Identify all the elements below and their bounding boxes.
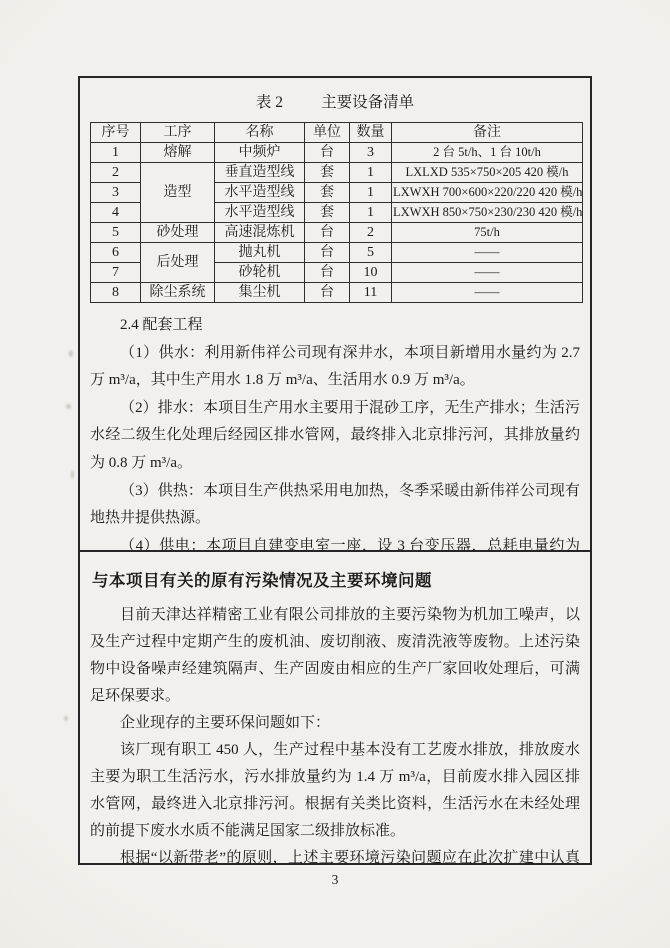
table-cell-unit: 套 — [305, 183, 350, 203]
col-header-remark: 备注 — [392, 123, 583, 143]
table-cell-process: 砂处理 — [141, 223, 215, 243]
paragraph-resolution: 根据“以新带老”的原则，上述主要环境污染问题应在此次扩建中认真解决，确保全厂废水… — [90, 845, 580, 863]
table-cell-unit: 台 — [305, 263, 350, 283]
table-cell-no: 6 — [91, 243, 141, 263]
equipment-table: 序号 工序 名称 单位 数量 备注 1 熔解 中频炉 台 3 2 台 5t/h、… — [90, 122, 583, 303]
table-cell-unit: 套 — [305, 203, 350, 223]
table-header-row: 序号 工序 名称 单位 数量 备注 — [91, 123, 583, 143]
page-number: 3 — [0, 872, 670, 888]
table-cell-process: 熔解 — [141, 143, 215, 163]
table-cell-unit: 台 — [305, 143, 350, 163]
table-cell-no: 2 — [91, 163, 141, 183]
table-cell-unit: 台 — [305, 223, 350, 243]
table-cell-name: 抛丸机 — [215, 243, 305, 263]
table-cell-process: 除尘系统 — [141, 283, 215, 303]
table-cell-qty: 1 — [350, 183, 392, 203]
scan-speckle — [71, 470, 74, 479]
table-cell-no: 1 — [91, 143, 141, 163]
table-cell-qty: 10 — [350, 263, 392, 283]
table-cell-remark: 2 台 5t/h、1 台 10t/h — [392, 143, 583, 163]
pollution-text: 目前天津达祥精密工业有限公司排放的主要污染物为机加工噪声，以及生产过程中定期产生… — [90, 602, 580, 863]
scanned-document-page: 表 2 主要设备清单 序号 工序 名称 单位 数量 备注 — [0, 0, 670, 948]
col-header-process: 工序 — [141, 123, 215, 143]
paragraph-heating: （3）供热：本项目生产供热采用电加热，冬季采暖由新伟祥公司现有地热井提供热源。 — [90, 478, 580, 533]
table-cell-remark: —— — [392, 263, 583, 283]
scan-speckle — [66, 404, 71, 409]
table-cell-remark: LXWXH 700×600×220/220 420 模/h — [392, 183, 583, 203]
table-cell-remark: —— — [392, 243, 583, 263]
scan-speckle — [69, 350, 73, 357]
table-cell-name: 水平造型线 — [215, 203, 305, 223]
table-cell-qty: 1 — [350, 163, 392, 183]
table-cell-name: 高速混炼机 — [215, 223, 305, 243]
table-caption: 表 2 主要设备清单 — [90, 92, 580, 114]
subsection-heading: 2.4 配套工程 — [90, 312, 580, 340]
table-row: 2 造型 垂直造型线 套 1 LXLXD 535×750×205 420 模/h — [91, 163, 583, 183]
table-row: 1 熔解 中频炉 台 3 2 台 5t/h、1 台 10t/h — [91, 143, 583, 163]
table-cell-name: 砂轮机 — [215, 263, 305, 283]
table-cell-no: 7 — [91, 263, 141, 283]
paragraph-wastewater: 该厂现有职工 450 人，生产过程中基本没有工艺废水排放，排放废水主要为职工生活… — [90, 737, 580, 845]
table-cell-name: 中频炉 — [215, 143, 305, 163]
table-cell-remark: —— — [392, 283, 583, 303]
scan-speckle — [64, 716, 68, 721]
paragraph-drainage: （2）排水：本项目生产用水主要用于混砂工序，无生产排水；生活污水经二级生化处理后… — [90, 395, 580, 478]
col-header-name: 名称 — [215, 123, 305, 143]
table-cell-no: 5 — [91, 223, 141, 243]
table-cell-qty: 1 — [350, 203, 392, 223]
table-cell-no: 8 — [91, 283, 141, 303]
section-existing-pollution: 与本项目有关的原有污染情况及主要环境问题 目前天津达祥精密工业有限公司排放的主要… — [80, 550, 590, 863]
table-cell-name: 集尘机 — [215, 283, 305, 303]
table-cell-name: 水平造型线 — [215, 183, 305, 203]
table-cell-remark: LXWXH 850×750×230/230 420 模/h — [392, 203, 583, 223]
table-row: 8 除尘系统 集尘机 台 11 —— — [91, 283, 583, 303]
table-cell-process: 后处理 — [141, 243, 215, 283]
col-header-unit: 单位 — [305, 123, 350, 143]
table-caption-title: 主要设备清单 — [321, 92, 414, 114]
supporting-works-text: 2.4 配套工程 （1）供水：利用新伟祥公司现有深井水，本项目新增用水量约为 2… — [90, 312, 580, 550]
paragraph-water-supply: （1）供水：利用新伟祥公司现有深井水，本项目新增用水量约为 2.7 万 m³/a… — [90, 340, 580, 395]
table-cell-remark: 75t/h — [392, 223, 583, 243]
table-cell-no: 4 — [91, 203, 141, 223]
table-cell-qty: 3 — [350, 143, 392, 163]
section-heading: 与本项目有关的原有污染情况及主要环境问题 — [92, 567, 580, 591]
table-cell-unit: 套 — [305, 163, 350, 183]
paragraph-power: （4）供电：本项目自建变电室一座，设 3 台变压器，总耗电量约为 10000KV… — [90, 533, 580, 550]
table-cell-process: 造型 — [141, 163, 215, 223]
paragraph-issues-intro: 企业现存的主要环保问题如下： — [90, 710, 580, 737]
table-cell-qty: 5 — [350, 243, 392, 263]
table-cell-qty: 2 — [350, 223, 392, 243]
table-cell-remark: LXLXD 535×750×205 420 模/h — [392, 163, 583, 183]
section-project-overview: 表 2 主要设备清单 序号 工序 名称 单位 数量 备注 — [80, 78, 590, 550]
col-header-qty: 数量 — [350, 123, 392, 143]
table-cell-name: 垂直造型线 — [215, 163, 305, 183]
page-border-frame: 表 2 主要设备清单 序号 工序 名称 单位 数量 备注 — [78, 76, 592, 865]
table-cell-unit: 台 — [305, 283, 350, 303]
paragraph-current-pollutants: 目前天津达祥精密工业有限公司排放的主要污染物为机加工噪声，以及生产过程中定期产生… — [90, 602, 580, 710]
table-cell-unit: 台 — [305, 243, 350, 263]
table-row: 5 砂处理 高速混炼机 台 2 75t/h — [91, 223, 583, 243]
table-cell-no: 3 — [91, 183, 141, 203]
table-row: 6 后处理 抛丸机 台 5 —— — [91, 243, 583, 263]
col-header-no: 序号 — [91, 123, 141, 143]
table-caption-label: 表 2 — [256, 92, 283, 114]
table-cell-qty: 11 — [350, 283, 392, 303]
